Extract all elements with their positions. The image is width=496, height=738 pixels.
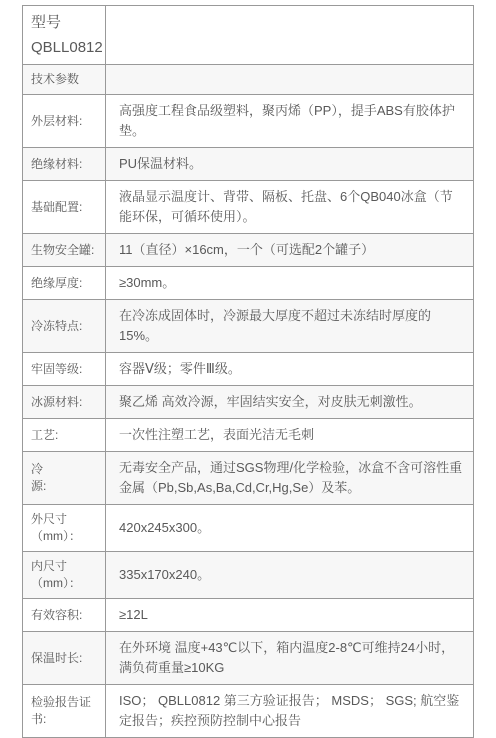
spec-row-insulation-material: 绝缘材料: PU保温材料。: [23, 147, 473, 180]
spec-row-inner-dimensions: 内尺寸 （mm）： 335x170x240。: [23, 551, 473, 598]
row-label: 外层材料:: [23, 95, 106, 147]
row-value: 一次性注塑工艺，表面光洁无毛刺: [106, 419, 473, 451]
spec-row-insulation-thickness: 绝缘厚度: ≥30mm。: [23, 266, 473, 299]
row-label: 工艺:: [23, 419, 106, 451]
row-value: 容器Ⅴ级；零件Ⅲ级。: [106, 353, 473, 385]
row-label: 有效容积:: [23, 599, 106, 631]
row-value: 在冷冻成固体时，冷源最大厚度不超过未冻结时厚度的15%。: [106, 300, 473, 352]
row-label: 外尺寸 （mm）：: [23, 505, 106, 551]
spec-row-craft: 工艺: 一次性注塑工艺，表面光洁无毛刺: [23, 418, 473, 451]
row-label: 绝缘厚度:: [23, 267, 106, 299]
row-value: 在外环境 温度+43℃以下，箱内温度2-8℃可维持24小时，满负荷重量≥10KG: [106, 632, 473, 684]
spec-row-cold-source: 冷 源: 无毒安全产品，通过SGS物理/化学检验，冰盒不含可溶性重金属（Pb,S…: [23, 451, 473, 504]
spec-row-sturdiness-grade: 牢固等级: 容器Ⅴ级；零件Ⅲ级。: [23, 352, 473, 385]
row-value: 高强度工程食品级塑料，聚丙烯（PP），提手ABS有胶体护垫。: [106, 95, 473, 147]
row-label: 冷冻特点:: [23, 300, 106, 352]
spec-row-freezing-feature: 冷冻特点: 在冷冻成固体时，冷源最大厚度不超过未冻结时厚度的15%。: [23, 299, 473, 352]
spec-row-holdover-time: 保温时长: 在外环境 温度+43℃以下，箱内温度2-8℃可维持24小时，满负荷重…: [23, 631, 473, 684]
row-label: 冰源材料:: [23, 386, 106, 418]
spec-row-model: 型号 QBLL0812: [23, 6, 473, 64]
spec-row-ice-source-material: 冰源材料: 聚乙烯 高效冷源，牢固结实安全，对皮肤无刺激性。: [23, 385, 473, 418]
row-label: 冷 源:: [23, 452, 106, 504]
spec-row-effective-volume: 有效容积: ≥12L: [23, 598, 473, 631]
row-label: 内尺寸 （mm）：: [23, 552, 106, 598]
row-value: ≥12L: [106, 599, 473, 631]
spec-table: 型号 QBLL0812 技术参数 外层材料: 高强度工程食品级塑料，聚丙烯（PP…: [22, 5, 474, 738]
spec-row-outer-material: 外层材料: 高强度工程食品级塑料，聚丙烯（PP），提手ABS有胶体护垫。: [23, 94, 473, 147]
row-label: 基础配置:: [23, 181, 106, 233]
row-label: 检验报告证书:: [23, 685, 106, 737]
row-value: 液晶显示温度计、背带、隔板、托盘、6个QB040冰盒（节能环保，可循环使用）。: [106, 181, 473, 233]
spec-row-bio-safety-can: 生物安全罐: 11（直径）×16cm，一个（可选配2个罐子）: [23, 233, 473, 266]
row-value: [106, 65, 473, 94]
row-label: 生物安全罐:: [23, 234, 106, 266]
row-value: 聚乙烯 高效冷源，牢固结实安全，对皮肤无刺激性。: [106, 386, 473, 418]
row-label: 保温时长:: [23, 632, 106, 684]
spec-row-certificates: 检验报告证书: ISO； QBLL0812 第三方验证报告； MSDS； SGS…: [23, 684, 473, 737]
spec-row-outer-dimensions: 外尺寸 （mm）： 420x245x300。: [23, 504, 473, 551]
model-value: [106, 6, 473, 64]
row-value: 11（直径）×16cm，一个（可选配2个罐子）: [106, 234, 473, 266]
row-value: 无毒安全产品，通过SGS物理/化学检验，冰盒不含可溶性重金属（Pb,Sb,As,…: [106, 452, 473, 504]
row-value: 335x170x240。: [106, 552, 473, 598]
spec-row-section-header: 技术参数: [23, 64, 473, 94]
row-label: 牢固等级:: [23, 353, 106, 385]
model-label: 型号 QBLL0812: [23, 6, 106, 64]
spec-row-basic-config: 基础配置: 液晶显示温度计、背带、隔板、托盘、6个QB040冰盒（节能环保，可循…: [23, 180, 473, 233]
row-value: ≥30mm。: [106, 267, 473, 299]
row-value: PU保温材料。: [106, 148, 473, 180]
row-value: ISO； QBLL0812 第三方验证报告； MSDS； SGS; 航空鉴定报告…: [106, 685, 473, 737]
row-value: 420x245x300。: [106, 505, 473, 551]
row-label: 绝缘材料:: [23, 148, 106, 180]
row-label: 技术参数: [23, 65, 106, 94]
